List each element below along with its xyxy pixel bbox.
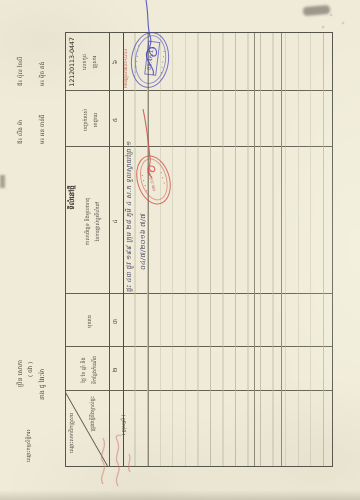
husband-father-name: ឪ៖ ប៉ុល ខៃលី	[18, 57, 25, 86]
col3-header: មុខរបរ	[87, 295, 93, 348]
name-column-row1-note: ( ប្រុសស្រី )	[122, 395, 127, 455]
left-edge-mark	[0, 175, 5, 188]
col6-header-line1: លេខកូដ	[82, 34, 88, 90]
name-column-header-bottom: ត្រូវជាអ្វីនឹងម្ចាស់ផ្ទះ	[90, 396, 96, 458]
col4-header-line1: កាលបរិច្ឆេទ និងមូលហេតុ	[85, 158, 91, 285]
entry-row-lines	[123, 33, 332, 466]
owner-spouse: នាង ជូ វៃរៈម៉ា	[39, 369, 47, 400]
red-speck-2	[342, 22, 344, 24]
col2-header-line1: ថ្ងៃ ខែ ឆ្នាំ និង	[81, 348, 87, 392]
col4-header-title: ទីលំនៅថ្មី	[68, 150, 78, 245]
owner-alias: ( ចវ៉ា )	[28, 362, 35, 377]
col6-number: ៦	[111, 32, 120, 92]
col2-header-line2: ទីកន្លែងកំណើត	[92, 348, 98, 392]
col5-header-line2: អាជ្ញាធរ	[93, 92, 99, 148]
wife-mother-name: ម៖ អន ចាន់ធី	[40, 114, 47, 144]
col6-header-line2: គ្រួសារ	[92, 34, 98, 90]
wife-father-name: ឪ៖ លីង ម៉ា	[18, 120, 25, 144]
col5-header-line1: បញ្ជាក់របស់	[83, 92, 89, 148]
family-code: 12120113-0447	[68, 32, 76, 92]
rotated-document: ឈ្មោះកម្មសិទ្ធិករ៖ ប្រិន សោភា ( ចវ៉ា ) ន…	[0, 0, 360, 500]
red-speck-1	[330, 14, 332, 16]
name-column-header-top: ឈ្មោះសមាជិកគ្រួសារ	[69, 402, 75, 464]
scanned-family-book-page: ឈ្មោះកម្មសិទ្ធិករ៖ ប្រិន សោភា ( ចវ៉ា ) ន…	[0, 0, 360, 500]
col4-number: ៤	[111, 148, 120, 295]
handwritten-date: ០៤/៧/២០១៦ ៧/៧	[139, 213, 149, 271]
owner-label: ឈ្មោះកម្មសិទ្ធិករ៖	[26, 429, 32, 462]
col3-number: ៣	[111, 295, 120, 348]
owner-name: ប្រិន សោភា	[17, 360, 25, 387]
register-table	[65, 32, 333, 467]
col5-number: ៥	[111, 92, 120, 148]
red-speck-3	[322, 26, 324, 28]
husband-mother-name: ម៖ មុិច គង់	[40, 62, 47, 86]
red-transfer-note: មកពីគ្រួសារលេខ-0213	[124, 49, 130, 88]
header-divider	[109, 33, 110, 466]
col4-header-line2: នៃការផ្លាស់ប្តូរទីលំនៅ	[95, 158, 101, 285]
darker-row-line-2	[254, 33, 255, 466]
col2-number: ២	[111, 348, 120, 392]
handwritten-address: ផ្ទះ ៤៣ ផ្លូវ ១៩៩ ក្រុម ២៨ ភូមិ ៤ ស.ក ទួ…	[125, 140, 135, 292]
darker-row-line-3	[281, 33, 282, 466]
